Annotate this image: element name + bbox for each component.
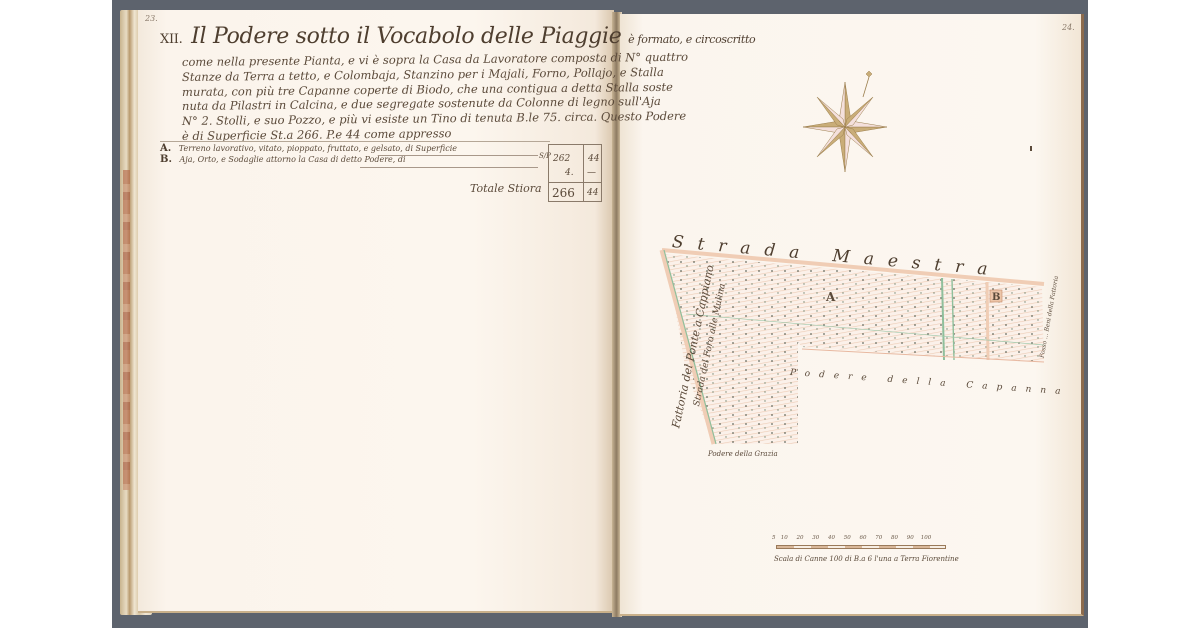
field-label-a: A	[826, 290, 835, 304]
page-title: XII. Il Podere sotto il Vocabolo delle P…	[160, 24, 610, 49]
parcel-description: Aja, Orto, e Sodaglie attorno la Casa di…	[179, 155, 405, 164]
divider-rule	[160, 141, 550, 142]
description-paragraph: come nella presente Pianta, e vi è sopra…	[182, 55, 614, 144]
scale-ticks: 5 10 20 30 40 50 60 70 80 90 100	[772, 535, 931, 541]
total-staiora: 266	[552, 186, 575, 200]
total-panori: 44	[587, 188, 598, 198]
neighbor-label-grazia: Podere della Grazia	[708, 450, 778, 458]
area-table: 262 44 4. — 266 44	[548, 144, 602, 202]
total-label: Totale Stiora	[470, 182, 542, 195]
title-tail: è formato, e circoscritto	[628, 33, 755, 46]
leader-line	[360, 167, 538, 168]
title-text: Il Podere sotto il Vocabolo delle Piaggi…	[191, 24, 621, 49]
parcel-letter: B.	[160, 154, 172, 165]
folio-number-left: 23.	[145, 14, 158, 23]
field-label-b: B	[992, 292, 1000, 303]
panori-a: 44	[588, 154, 599, 164]
folio-number-right: 24.	[1062, 23, 1075, 32]
parcel-description: Terreno lavorativo, vitato, pioppato, fr…	[179, 144, 457, 153]
map-scale-bar: 5 10 20 30 40 50 60 70 80 90 100 Scala d…	[772, 535, 952, 571]
staiora-a: 262	[553, 154, 570, 164]
compass-rose-icon	[800, 70, 890, 175]
row-divider	[549, 182, 601, 183]
staiora-b: 4.	[565, 168, 574, 178]
panori-b: —	[587, 168, 596, 178]
leader-line	[378, 155, 538, 156]
ink-speck	[1030, 146, 1032, 151]
parcel-letter: A.	[160, 143, 171, 154]
section-numeral: XII.	[160, 32, 182, 47]
column-divider	[583, 145, 584, 201]
scale-caption: Scala di Canne 100 di B.a 6 l'una a Terr…	[774, 555, 959, 563]
scale-graduated-bar	[776, 545, 946, 549]
